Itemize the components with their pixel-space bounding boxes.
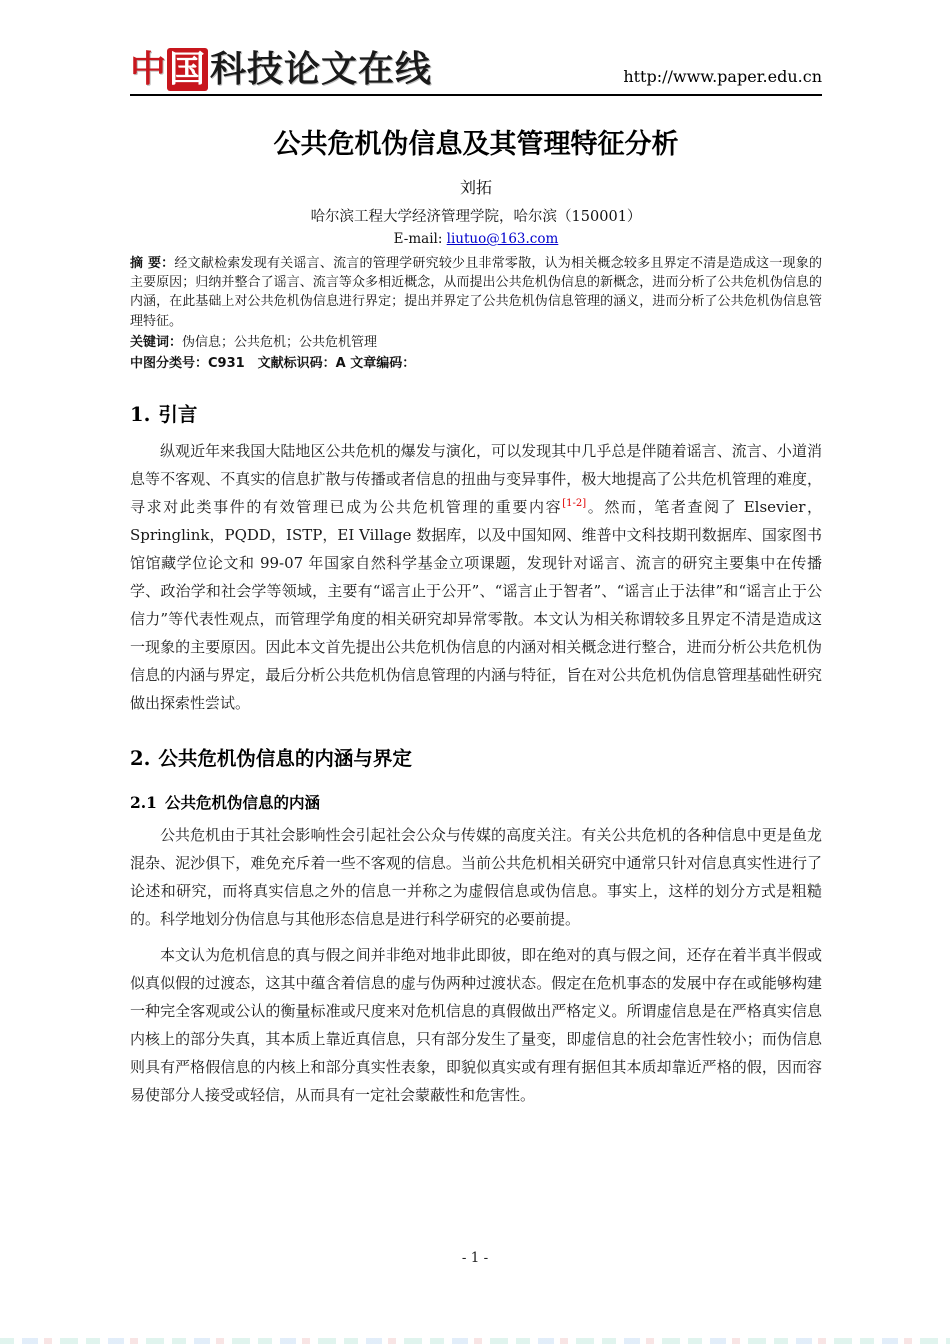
site-url: http://www.paper.edu.cn [623, 67, 822, 88]
section-2-1-number: 2.1 [130, 793, 157, 812]
classification-line: 中图分类号：C931 文献标识码：A 文章编码： [130, 354, 822, 373]
section-2-1-paragraph-1: 公共危机由于其社会影响性会引起社会公众与传媒的高度关注。有关公共危机的各种信息中… [130, 821, 822, 933]
section-2-1-title: 公共危机伪信息的内涵 [165, 794, 320, 812]
abstract-label: 摘 要： [130, 256, 174, 271]
section-1-title: 引言 [158, 403, 197, 426]
author-name: 刘拓 [130, 175, 822, 198]
abstract-paragraph: 摘 要：经文献检索发现有关谣言、流言的管理学研究较少且非常零散，认为相关概念较多… [130, 254, 822, 331]
email-line: E-mail: liutuo@163.com [130, 231, 822, 247]
section-1-number: 1. [130, 403, 150, 426]
section-2-number: 2. [130, 747, 150, 770]
paper-title: 公共危机伪信息及其管理特征分析 [130, 122, 822, 161]
section-1-text-post: 。然而，笔者查阅了 Elsevier，Springlink，PQDD，ISTP，… [130, 498, 822, 712]
page-header: 中国科技论文在线 http://www.paper.edu.cn [130, 52, 822, 96]
logo-char-guo: 国 [167, 48, 208, 91]
paper-page: 中国科技论文在线 http://www.paper.edu.cn 公共危机伪信息… [0, 0, 950, 1344]
keywords-text: 伪信息；公共危机；公共危机管理 [182, 335, 377, 350]
email-link[interactable]: liutuo@163.com [447, 231, 559, 247]
header-divider [130, 94, 822, 96]
section-1-paragraph: 纵观近年来我国大陆地区公共危机的爆发与演化，可以发现其中几乎总是伴随着谣言、流言… [130, 437, 822, 717]
author-affiliation: 哈尔滨工程大学经济管理学院，哈尔滨（150001） [130, 205, 822, 226]
section-2-title: 公共危机伪信息的内涵与界定 [158, 747, 412, 770]
section-2-1-heading: 2.1公共危机伪信息的内涵 [130, 791, 822, 813]
section-2-1-paragraph-2: 本文认为危机信息的真与假之间并非绝对地非此即彼，即在绝对的真与假之间，还存在着半… [130, 941, 822, 1109]
section-2-heading: 2.公共危机伪信息的内涵与界定 [130, 743, 822, 771]
page-edge-artifact-strip [0, 1338, 950, 1344]
logo-text: 科技论文在线 [210, 49, 432, 90]
abstract-text: 经文献检索发现有关谣言、流言的管理学研究较少且非常零散，认为相关概念较多且界定不… [130, 256, 822, 329]
citation-ref-1-2: [1-2] [562, 498, 586, 509]
site-logo: 中国科技论文在线 [130, 52, 432, 88]
logo-char-zhong: 中 [130, 49, 167, 90]
keywords-label: 关键词： [130, 335, 182, 350]
email-label: E-mail: [394, 231, 447, 247]
page-number: - 1 - [0, 1250, 950, 1266]
section-1-heading: 1.引言 [130, 399, 822, 427]
keywords-line: 关键词：伪信息；公共危机；公共危机管理 [130, 333, 822, 352]
